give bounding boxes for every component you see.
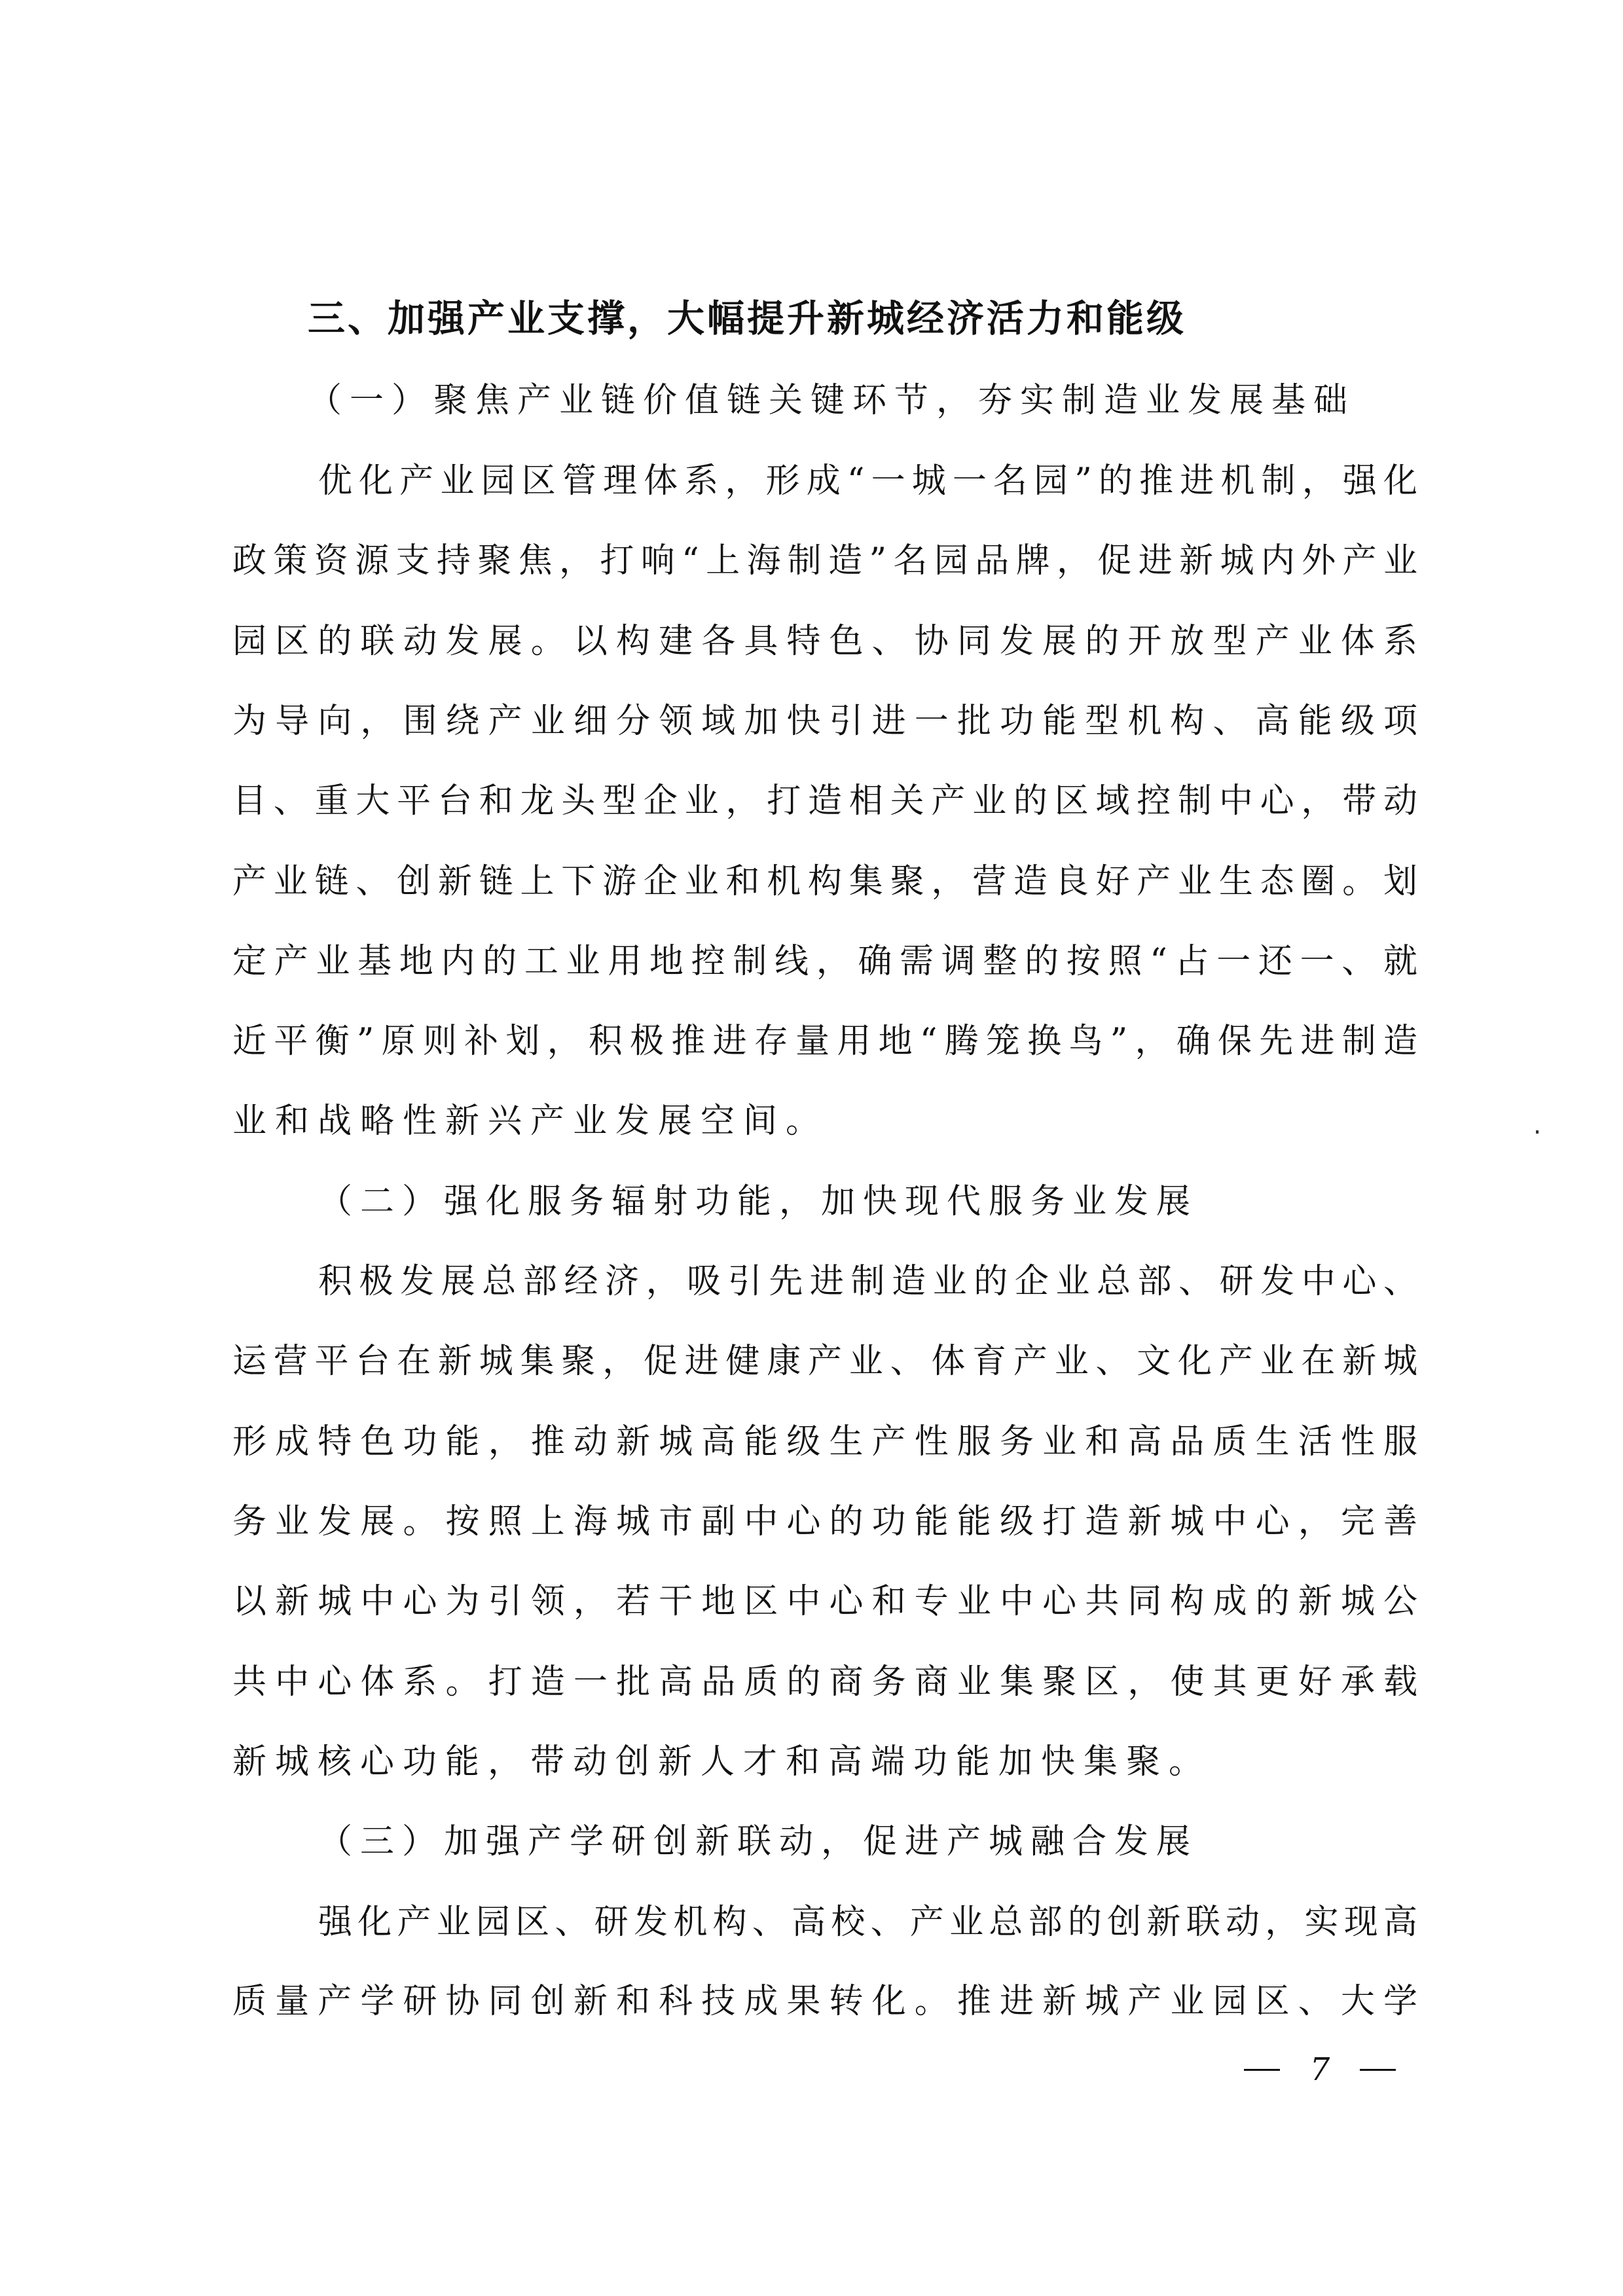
paragraph-line: 优化产业园区管理体系，形成“一城一名园”的推进机制，强化 <box>318 441 1417 521</box>
paragraph-line: 形成特色功能，推动新城高能级生产性服务业和高品质生活性服 <box>232 1402 1417 1482</box>
page-number-value: 7 <box>1310 2049 1330 2090</box>
paragraph-line: 产业链、创新链上下游企业和机构集聚，营造良好产业生态圈。划 <box>232 842 1417 922</box>
paragraph-line: 园区的联动发展。以构建各具特色、协同发展的开放型产业体系 <box>232 601 1417 681</box>
document-page: 三、加强产业支撑，大幅提升新城经济活力和能级 （一）聚焦产业链价值链关键环节，夯… <box>0 0 1623 2296</box>
paragraph-line: 政策资源支持聚焦，打响“上海制造”名园品牌，促进新城内外产业 <box>232 521 1417 601</box>
page-number-dash-right <box>1360 2069 1396 2071</box>
paragraph-line: 务业发展。按照上海城市副中心的功能能级打造新城中心，完善 <box>232 1482 1417 1562</box>
paragraph-line: 业和战略性新兴产业发展空间。 <box>232 1081 828 1161</box>
page-number: 7 <box>1244 2049 1396 2090</box>
paragraph-line: 质量产学研协同创新和科技成果转化。推进新城产业园区、大学 <box>232 1962 1417 2041</box>
paragraph-line: 运营平台在新城集聚，促进健康产业、体育产业、文化产业在新城 <box>232 1321 1417 1401</box>
paragraph-line: 强化产业园区、研发机构、高校、产业总部的创新联动，实现高 <box>318 1882 1417 1962</box>
paragraph-line: 目、重大平台和龙头型企业，打造相关产业的区域控制中心，带动 <box>232 761 1417 841</box>
subsection-heading-2: （二）强化服务辐射功能，加快现代服务业发展 <box>318 1162 1198 1242</box>
paragraph-line: 新城核心功能，带动创新人才和高端功能加快集聚。 <box>232 1722 1211 1802</box>
scan-speck <box>1536 1130 1539 1134</box>
section-heading: 三、加强产业支撑，大幅提升新城经济活力和能级 <box>308 279 1186 359</box>
paragraph-line: 以新城中心为引领，若干地区中心和专业中心共同构成的新城公 <box>232 1562 1417 1641</box>
subsection-heading-3: （三）加强产学研创新联动，促进产城融合发展 <box>318 1802 1198 1882</box>
subsection-heading-1: （一）聚焦产业链价值链关键环节，夯实制造业发展基础 <box>308 361 1355 440</box>
paragraph-line: 定产业基地内的工业用地控制线，确需调整的按照“占一还一、就 <box>232 922 1417 1001</box>
page-number-dash-left <box>1244 2069 1280 2071</box>
paragraph-line: 积极发展总部经济，吸引先进制造业的企业总部、研发中心、 <box>318 1242 1417 1321</box>
paragraph-line: 为导向，围绕产业细分领域加快引进一批功能型机构、高能级项 <box>232 681 1417 761</box>
paragraph-line: 近平衡”原则补划，积极推进存量用地“腾笼换鸟”，确保先进制造 <box>232 1001 1417 1081</box>
paragraph-line: 共中心体系。打造一批高品质的商务商业集聚区，使其更好承载 <box>232 1642 1417 1722</box>
